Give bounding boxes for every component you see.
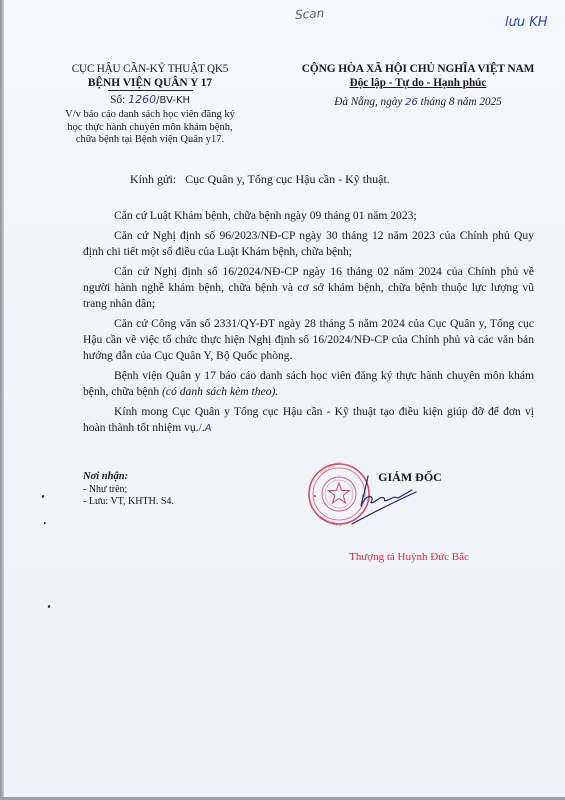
- number-code: /BV-KH: [156, 95, 190, 106]
- scan-speck: [41, 495, 44, 499]
- nation-title: CỘNG HÒA XÃ HỘI CHỦ NGHĨA VIỆT NAM: [283, 62, 553, 76]
- recipient-value: Cục Quân y, Tổng cục Hậu cần - Kỹ thuật.: [185, 172, 390, 186]
- subject-line-3: chữa bệnh tại Bệnh viện Quân y17.: [60, 134, 240, 147]
- number-handwritten: 1260: [128, 93, 156, 106]
- report-text: Bệnh viện Quân y 17 báo cáo danh sách họ…: [83, 369, 534, 398]
- subject-line-1: V/v báo cáo danh sách học viên đăng ký: [60, 109, 240, 122]
- scan-speck: [47, 605, 50, 609]
- paragraph-closing: Kính mong Cục Quân y Tổng cục Hậu cần - …: [83, 404, 534, 437]
- report-attachment-note: (có danh sách kèm theo).: [162, 385, 278, 398]
- date-prefix: Đà Nẵng, ngày: [334, 96, 402, 108]
- place-date: Đà Nẵng, ngày 26 tháng 8 năm 2025: [283, 95, 553, 110]
- number-label: Số:: [110, 94, 125, 106]
- national-header: CỘNG HÒA XÃ HỘI CHỦ NGHĨA VIỆT NAM Độc l…: [283, 62, 553, 110]
- issuer-header: CỤC HẬU CẦN-KỸ THUẬT QK5 BỆNH VIỆN QUÂN …: [60, 62, 240, 147]
- scan-edge-left: [0, 0, 4, 800]
- national-motto: Độc lập - Tự do - Hạnh phúc: [283, 76, 553, 90]
- handwritten-scan-note: Scan: [295, 6, 325, 22]
- document-page: Scan lưu KH CỤC HẬU CẦN-KỸ THUẬT QK5 BỆN…: [0, 0, 565, 800]
- recipient-label: Kính gửi:: [130, 172, 176, 186]
- recipient-line: Kính gửi: Cục Quân y, Tổng cục Hậu cần -…: [130, 172, 390, 187]
- unit-underline: [108, 90, 193, 91]
- receivers-block: Nơi nhận: - Như trên; - Lưu: VT, KHTH. S…: [83, 471, 174, 508]
- receiver-item: - Như trên;: [83, 484, 174, 496]
- receiver-item: - Lưu: VT, KHTH. S4.: [83, 496, 174, 508]
- closing-text: Kính mong Cục Quân y Tổng cục Hậu cần - …: [83, 405, 534, 434]
- paragraph-legal-basis-3: Căn cứ Nghị định số 16/2024/NĐ-CP ngày 1…: [83, 264, 534, 312]
- subject-line: V/v báo cáo danh sách học viên đăng ký h…: [60, 109, 240, 147]
- paragraph-legal-basis-1: Căn cứ Luật Khám bệnh, chữa bệnh ngày 09…: [83, 208, 534, 224]
- paragraph-legal-basis-4: Căn cứ Công văn số 2331/QY-ĐT ngày 28 th…: [83, 316, 534, 364]
- scan-speck: [44, 522, 46, 524]
- unit-name: BỆNH VIỆN QUÂN Y 17: [60, 76, 240, 90]
- date-day-handwritten: 26: [405, 97, 418, 108]
- handwritten-corner-note: lưu KH: [505, 15, 548, 30]
- document-number: Số: 1260/BV-KH: [60, 93, 240, 108]
- subject-line-2: học thực hành chuyên môn khám bệnh,: [60, 122, 240, 135]
- paragraph-legal-basis-2: Căn cứ Nghị định số 96/2023/NĐ-CP ngày 3…: [83, 228, 534, 260]
- document-body: Căn cứ Luật Khám bệnh, chữa bệnh ngày 09…: [83, 208, 534, 441]
- date-suffix: tháng 8 năm 2025: [421, 96, 502, 108]
- signer-name: Thượng tá Huỳnh Đức Bắc: [338, 551, 480, 563]
- handwritten-signature-icon: [350, 468, 420, 528]
- receivers-title: Nơi nhận:: [83, 471, 174, 483]
- agency-name: CỤC HẬU CẦN-KỸ THUẬT QK5: [60, 62, 240, 76]
- closing-initial-handwritten: A: [205, 423, 212, 434]
- paragraph-report: Bệnh viện Quân y 17 báo cáo danh sách họ…: [83, 368, 534, 400]
